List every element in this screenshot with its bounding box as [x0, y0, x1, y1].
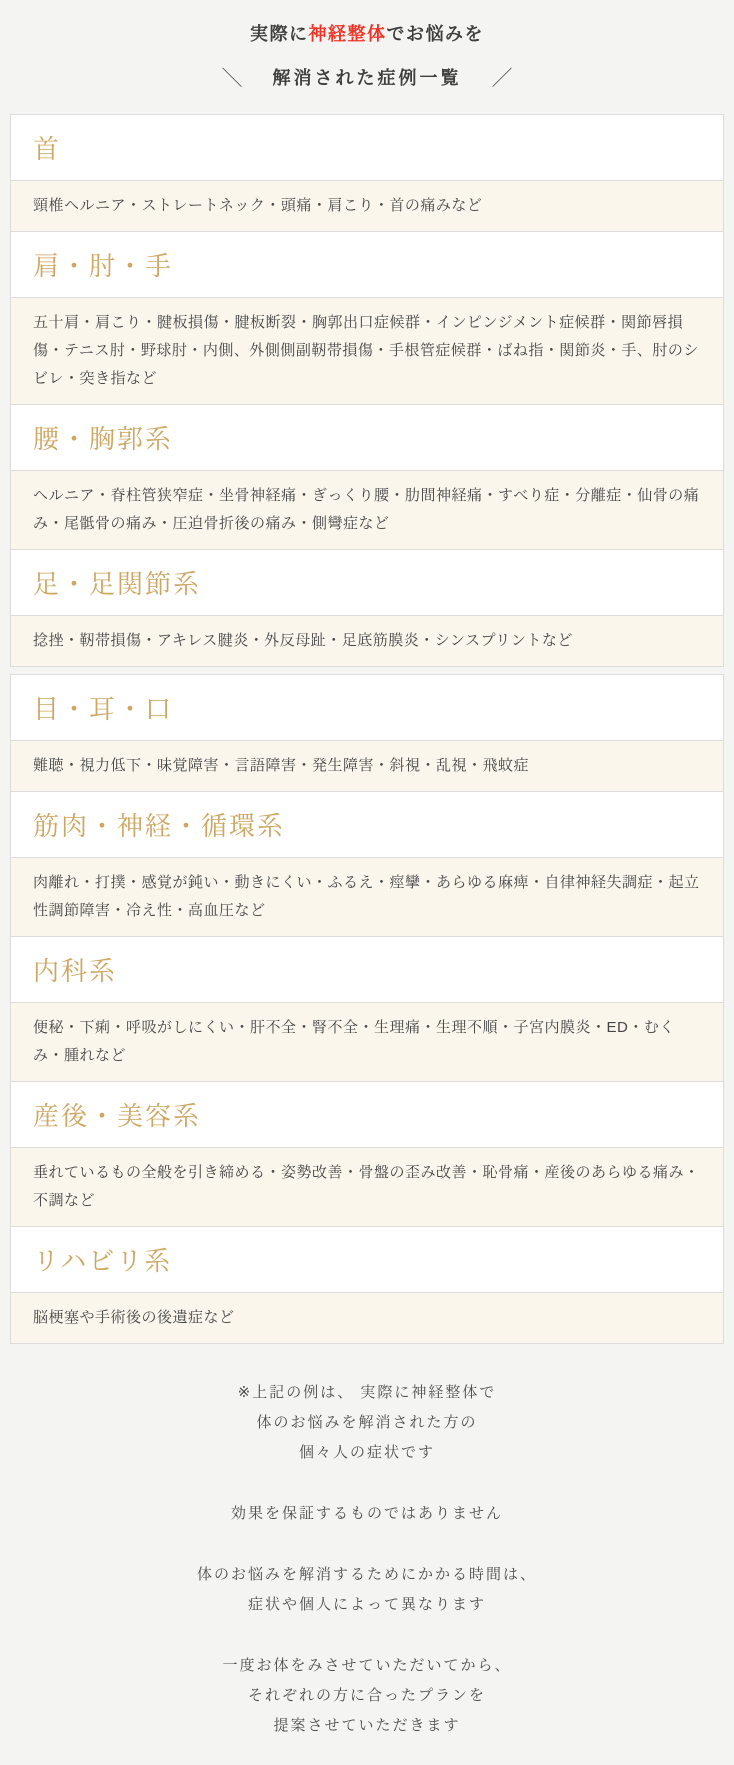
category-symptoms: 脳梗塞や手術後の後遺症など [11, 1293, 723, 1343]
category-title: 目・耳・口 [11, 675, 723, 741]
category-symptoms: 便秘・下痢・呼吸がしにくい・肝不全・腎不全・生理痛・生理不順・子宮内膜炎・ED・… [11, 1003, 723, 1082]
note-line: 体のお悩みを解消された方の [40, 1408, 694, 1438]
category-symptoms: 難聴・視力低下・味覚障害・言語障害・発生障害・斜視・乱視・飛蚊症 [11, 741, 723, 792]
section-subtitle: 解消された症例一覧 [273, 64, 462, 90]
section-header: 実際に神経整体でお悩みを ＼ 解消された症例一覧 ／ [0, 0, 734, 114]
symptom-card: 目・耳・口難聴・視力低下・味覚障害・言語障害・発生障害・斜視・乱視・飛蚊症筋肉・… [10, 674, 724, 1344]
section-title-line2: ＼ 解消された症例一覧 ／ [0, 62, 734, 92]
category-row: リハビリ系脳梗塞や手術後の後遺症など [11, 1227, 723, 1343]
note-line: 症状や個人によって異なります [40, 1590, 694, 1620]
category-row: 首頸椎ヘルニア・ストレートネック・頭痛・肩こり・首の痛みなど [11, 115, 723, 232]
category-symptoms: 垂れているもの全般を引き締める・姿勢改善・骨盤の歪み改善・恥骨痛・産後のあらゆる… [11, 1148, 723, 1227]
category-title: 足・足関節系 [11, 550, 723, 616]
note-paragraph: ※上記の例は、 実際に神経整体で体のお悩みを解消された方の個々人の症状です [40, 1378, 694, 1468]
category-row: 筋肉・神経・循環系肉離れ・打撲・感覚が鈍い・動きにくい・ふるえ・痙攣・あらゆる麻… [11, 792, 723, 937]
category-title: 首 [11, 115, 723, 181]
note-line: 体のお悩みを解消するためにかかる時間は、 [40, 1560, 694, 1590]
note-line: 提案させていただきます [40, 1711, 694, 1741]
category-symptoms: 五十肩・肩こり・腱板損傷・腱板断裂・胸郭出口症候群・インピンジメント症候群・関節… [11, 298, 723, 405]
disclaimer-notes: ※上記の例は、 実際に神経整体で体のお悩みを解消された方の個々人の症状です効果を… [0, 1344, 734, 1765]
backslash-decoration-icon: ＼ [222, 62, 243, 92]
category-row: 産後・美容系垂れているもの全般を引き締める・姿勢改善・骨盤の歪み改善・恥骨痛・産… [11, 1082, 723, 1227]
category-row: 足・足関節系捻挫・靭帯損傷・アキレス腱炎・外反母趾・足底筋膜炎・シンスプリントな… [11, 550, 723, 666]
slash-decoration-icon: ／ [492, 62, 513, 92]
category-row: 肩・肘・手五十肩・肩こり・腱板損傷・腱板断裂・胸郭出口症候群・インピンジメント症… [11, 232, 723, 405]
note-line: ※上記の例は、 実際に神経整体で [40, 1378, 694, 1408]
category-title: 肩・肘・手 [11, 232, 723, 298]
category-row: 内科系便秘・下痢・呼吸がしにくい・肝不全・腎不全・生理痛・生理不順・子宮内膜炎・… [11, 937, 723, 1082]
category-title: 筋肉・神経・循環系 [11, 792, 723, 858]
category-title: 内科系 [11, 937, 723, 1003]
note-line: 一度お体をみさせていただいてから、 [40, 1651, 694, 1681]
note-line: それぞれの方に合ったプランを [40, 1681, 694, 1711]
section-title-line1: 実際に神経整体でお悩みを [0, 20, 734, 46]
symptom-card: 首頸椎ヘルニア・ストレートネック・頭痛・肩こり・首の痛みなど肩・肘・手五十肩・肩… [10, 114, 724, 667]
note-line: 効果を保証するものではありません [40, 1499, 694, 1529]
title-suffix: でお悩みを [387, 24, 485, 44]
category-symptoms: 捻挫・靭帯損傷・アキレス腱炎・外反母趾・足底筋膜炎・シンスプリントなど [11, 616, 723, 666]
category-title: 産後・美容系 [11, 1082, 723, 1148]
note-paragraph: 体のお悩みを解消するためにかかる時間は、症状や個人によって異なります [40, 1560, 694, 1620]
category-symptoms: ヘルニア・脊柱管狭窄症・坐骨神経痛・ぎっくり腰・肋間神経痛・すべり症・分離症・仙… [11, 471, 723, 550]
category-symptoms: 肉離れ・打撲・感覚が鈍い・動きにくい・ふるえ・痙攣・あらゆる麻痺・自律神経失調症… [11, 858, 723, 937]
title-prefix: 実際に [250, 24, 309, 44]
category-title: 腰・胸郭系 [11, 405, 723, 471]
note-paragraph: 効果を保証するものではありません [40, 1499, 694, 1529]
note-line: 個々人の症状です [40, 1438, 694, 1468]
category-symptoms: 頸椎ヘルニア・ストレートネック・頭痛・肩こり・首の痛みなど [11, 181, 723, 232]
category-row: 目・耳・口難聴・視力低下・味覚障害・言語障害・発生障害・斜視・乱視・飛蚊症 [11, 675, 723, 792]
symptom-case-list: 首頸椎ヘルニア・ストレートネック・頭痛・肩こり・首の痛みなど肩・肘・手五十肩・肩… [10, 114, 724, 1344]
note-paragraph: 一度お体をみさせていただいてから、それぞれの方に合ったプランを提案させていただき… [40, 1651, 694, 1741]
category-row: 腰・胸郭系ヘルニア・脊柱管狭窄症・坐骨神経痛・ぎっくり腰・肋間神経痛・すべり症・… [11, 405, 723, 550]
title-highlight: 神経整体 [309, 24, 387, 44]
category-title: リハビリ系 [11, 1227, 723, 1293]
